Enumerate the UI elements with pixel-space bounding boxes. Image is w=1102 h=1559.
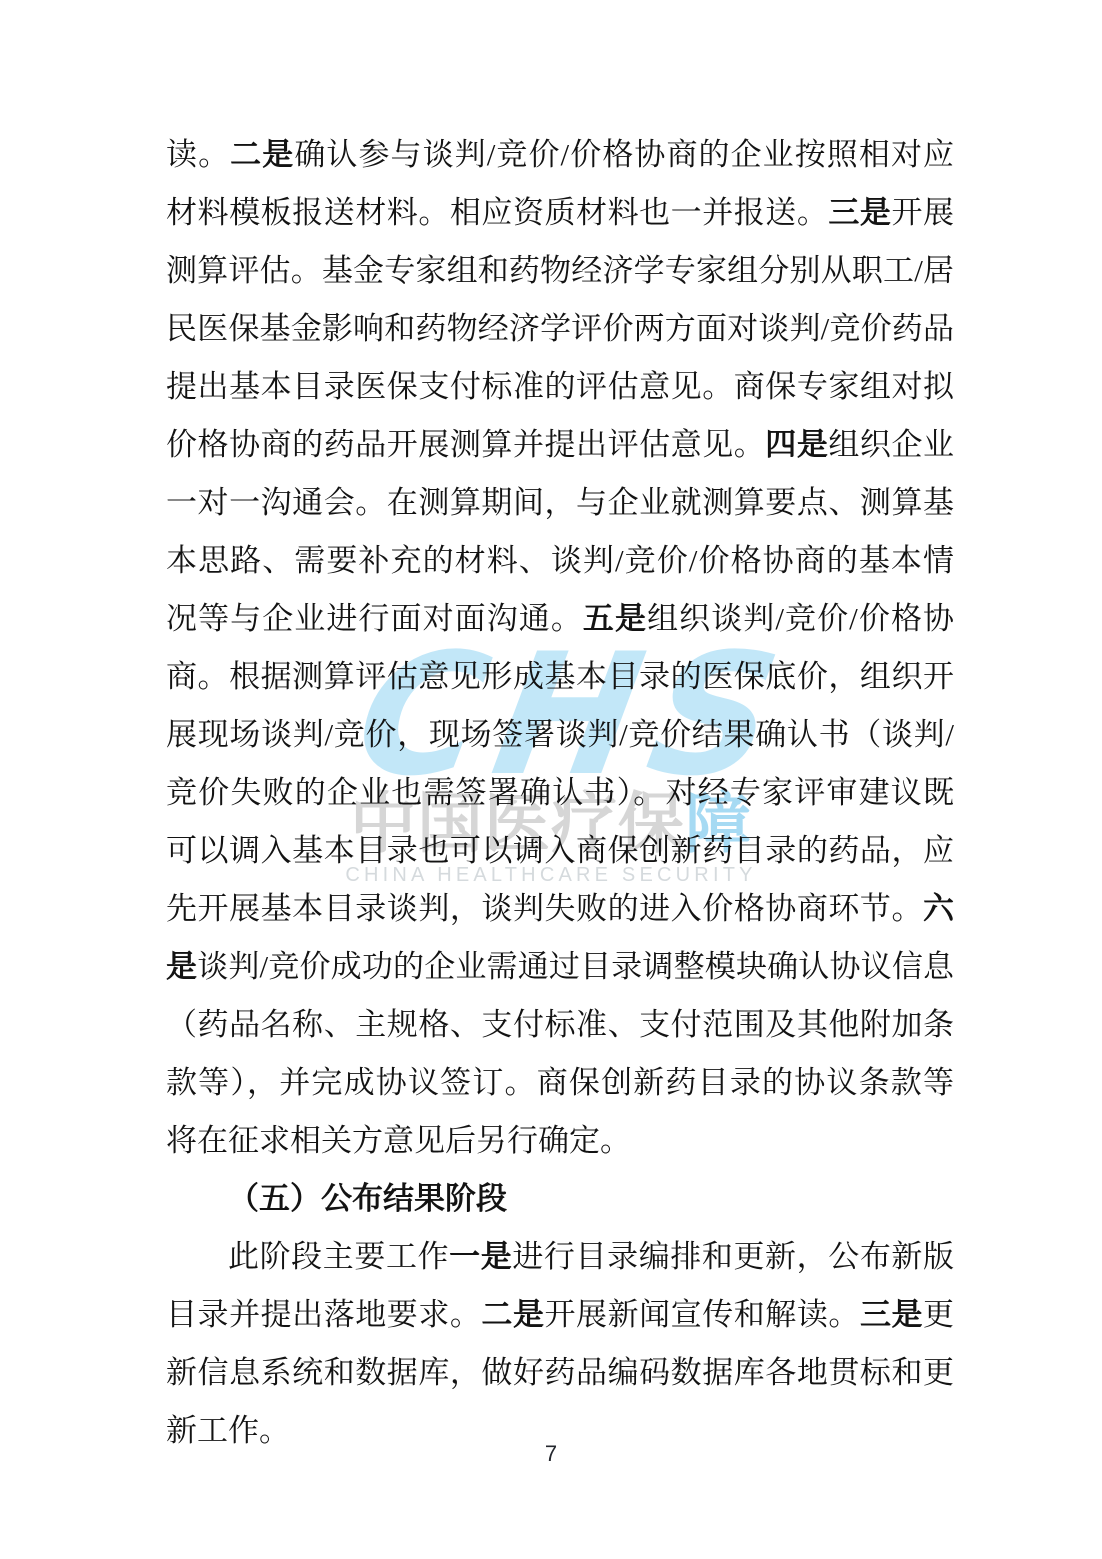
text-run: 二是 — [481, 1297, 544, 1332]
paragraph: 读。二是确认参与谈判/竞价/价格协商的企业按照相对应材料模板报送材料。相应资质材… — [166, 126, 954, 1170]
text-run: 此阶段主要工作 — [228, 1239, 449, 1274]
text-run: 开展新闻宣传和解读。 — [545, 1297, 860, 1332]
text-run: 读。 — [166, 137, 230, 172]
text-run: 组织谈判/竞价/价格协商。根据测算评估意见形成基本目录的医保底价，组织开展现场谈… — [166, 601, 954, 926]
text-run: 开展测算评估。基金专家组和药物经济学专家组分别从职工/居民医保基金影响和药物经济… — [166, 195, 954, 462]
page-number: 7 — [0, 1441, 1102, 1467]
body-text: 读。二是确认参与谈判/竞价/价格协商的企业按照相对应材料模板报送材料。相应资质材… — [166, 126, 954, 1460]
text-run: 四是 — [765, 427, 828, 462]
text-run: （五）公布结果阶段 — [228, 1181, 507, 1216]
text-run: 二是 — [230, 137, 294, 172]
text-run: 五是 — [583, 601, 647, 636]
text-run: 谈判/竞价成功的企业需通过目录调整模块确认协议信息（药品名称、主规格、支付标准、… — [166, 949, 954, 1158]
text-run: 三是 — [860, 1297, 923, 1332]
section-heading: （五）公布结果阶段 — [166, 1170, 954, 1228]
document-page: CHS 中国医疗保障 CHINA HEALTHCARE SECURITY 读。二… — [0, 0, 1102, 1559]
paragraph: 此阶段主要工作一是进行目录编排和更新，公布新版目录并提出落地要求。二是开展新闻宣… — [166, 1228, 954, 1460]
text-run: 三是 — [828, 195, 891, 230]
text-run: 一是 — [449, 1239, 512, 1274]
